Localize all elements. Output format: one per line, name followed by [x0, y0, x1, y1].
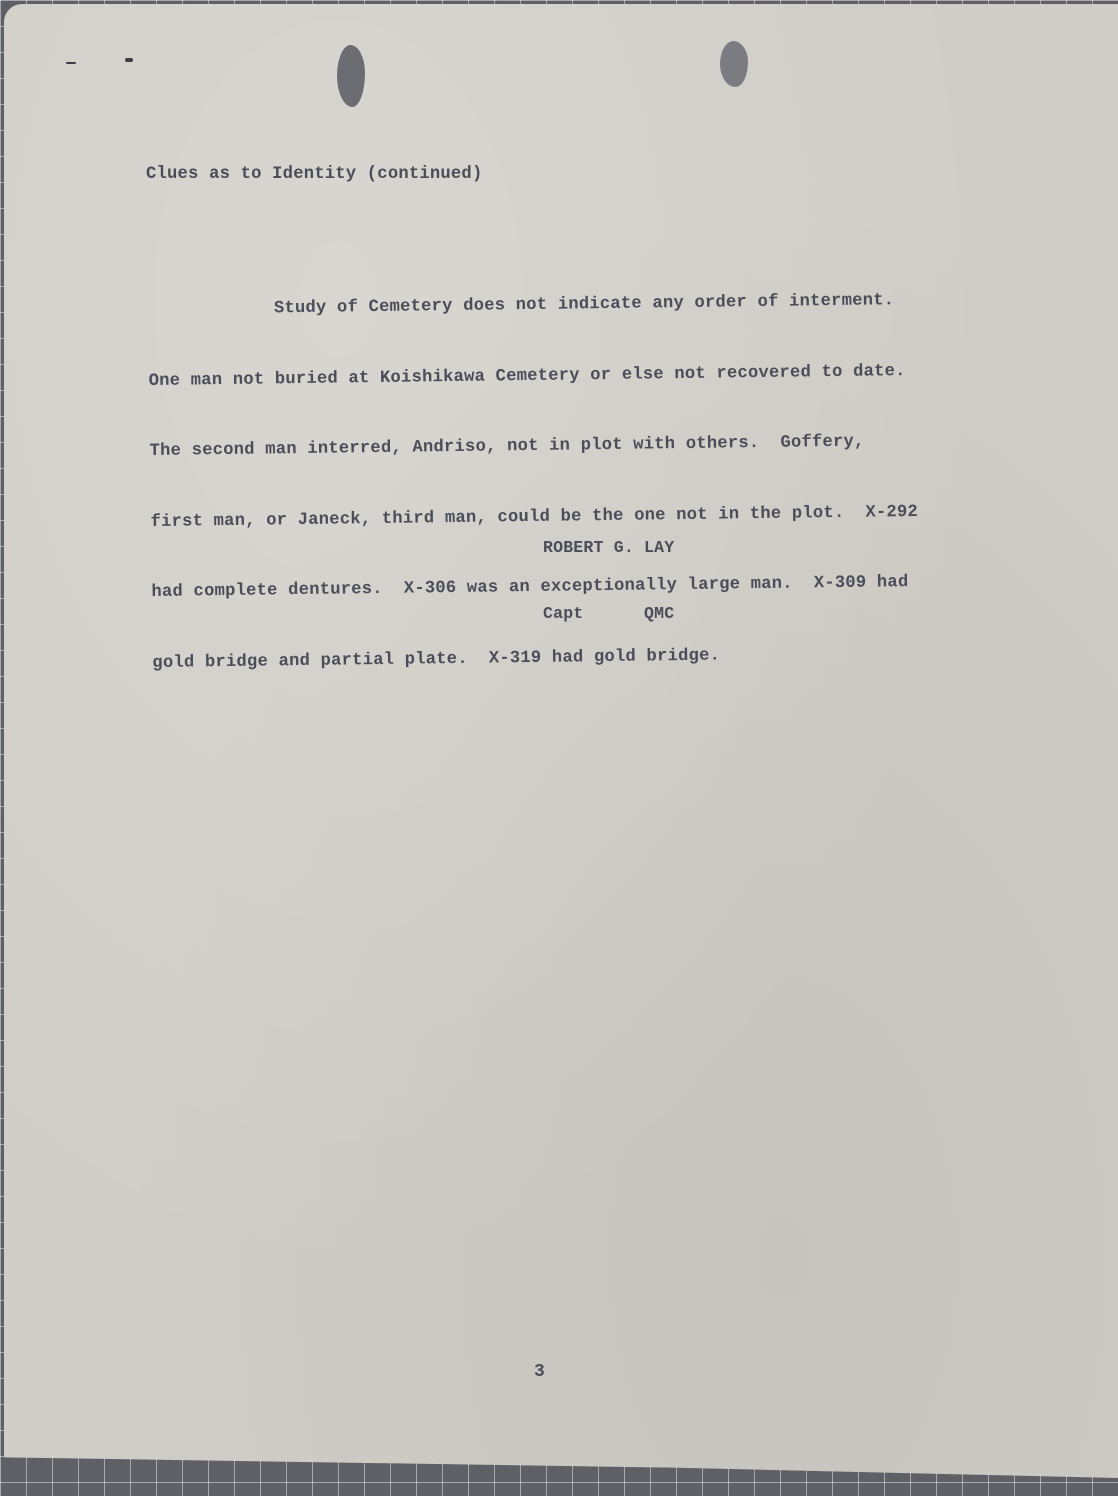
punch-hole-left: [337, 45, 365, 107]
paragraph-line: had complete dentures. X-306 was an exce…: [151, 571, 919, 605]
signature-name: ROBERT G. LAY: [543, 537, 674, 559]
paragraph-line: The second man interred, Andriso, not in…: [149, 430, 917, 464]
paragraph-line: first man, or Janeck, third man, could b…: [150, 500, 918, 534]
page-number: 3: [534, 1362, 545, 1382]
paragraph-line: One man not buried at Koishikawa Cemeter…: [149, 359, 917, 393]
paper-damage-mark: [66, 62, 76, 64]
signature-block: ROBERT G. LAY Capt QMC: [543, 493, 674, 647]
section-heading: Clues as to Identity (continued): [146, 165, 482, 184]
paragraph-line: gold bridge and partial plate. X-319 had…: [152, 641, 920, 675]
signature-rank: Capt: [543, 604, 583, 623]
signature-title: Capt QMC: [543, 603, 674, 625]
signature-branch: QMC: [644, 604, 674, 623]
paragraph-line: Study of Cemetery does not indicate any …: [148, 289, 916, 323]
body-paragraph: Study of Cemetery does not indicate any …: [147, 242, 920, 699]
punch-hole-right: [720, 41, 748, 87]
paper-damage-mark: [125, 58, 133, 62]
document-page: [4, 4, 1118, 1478]
